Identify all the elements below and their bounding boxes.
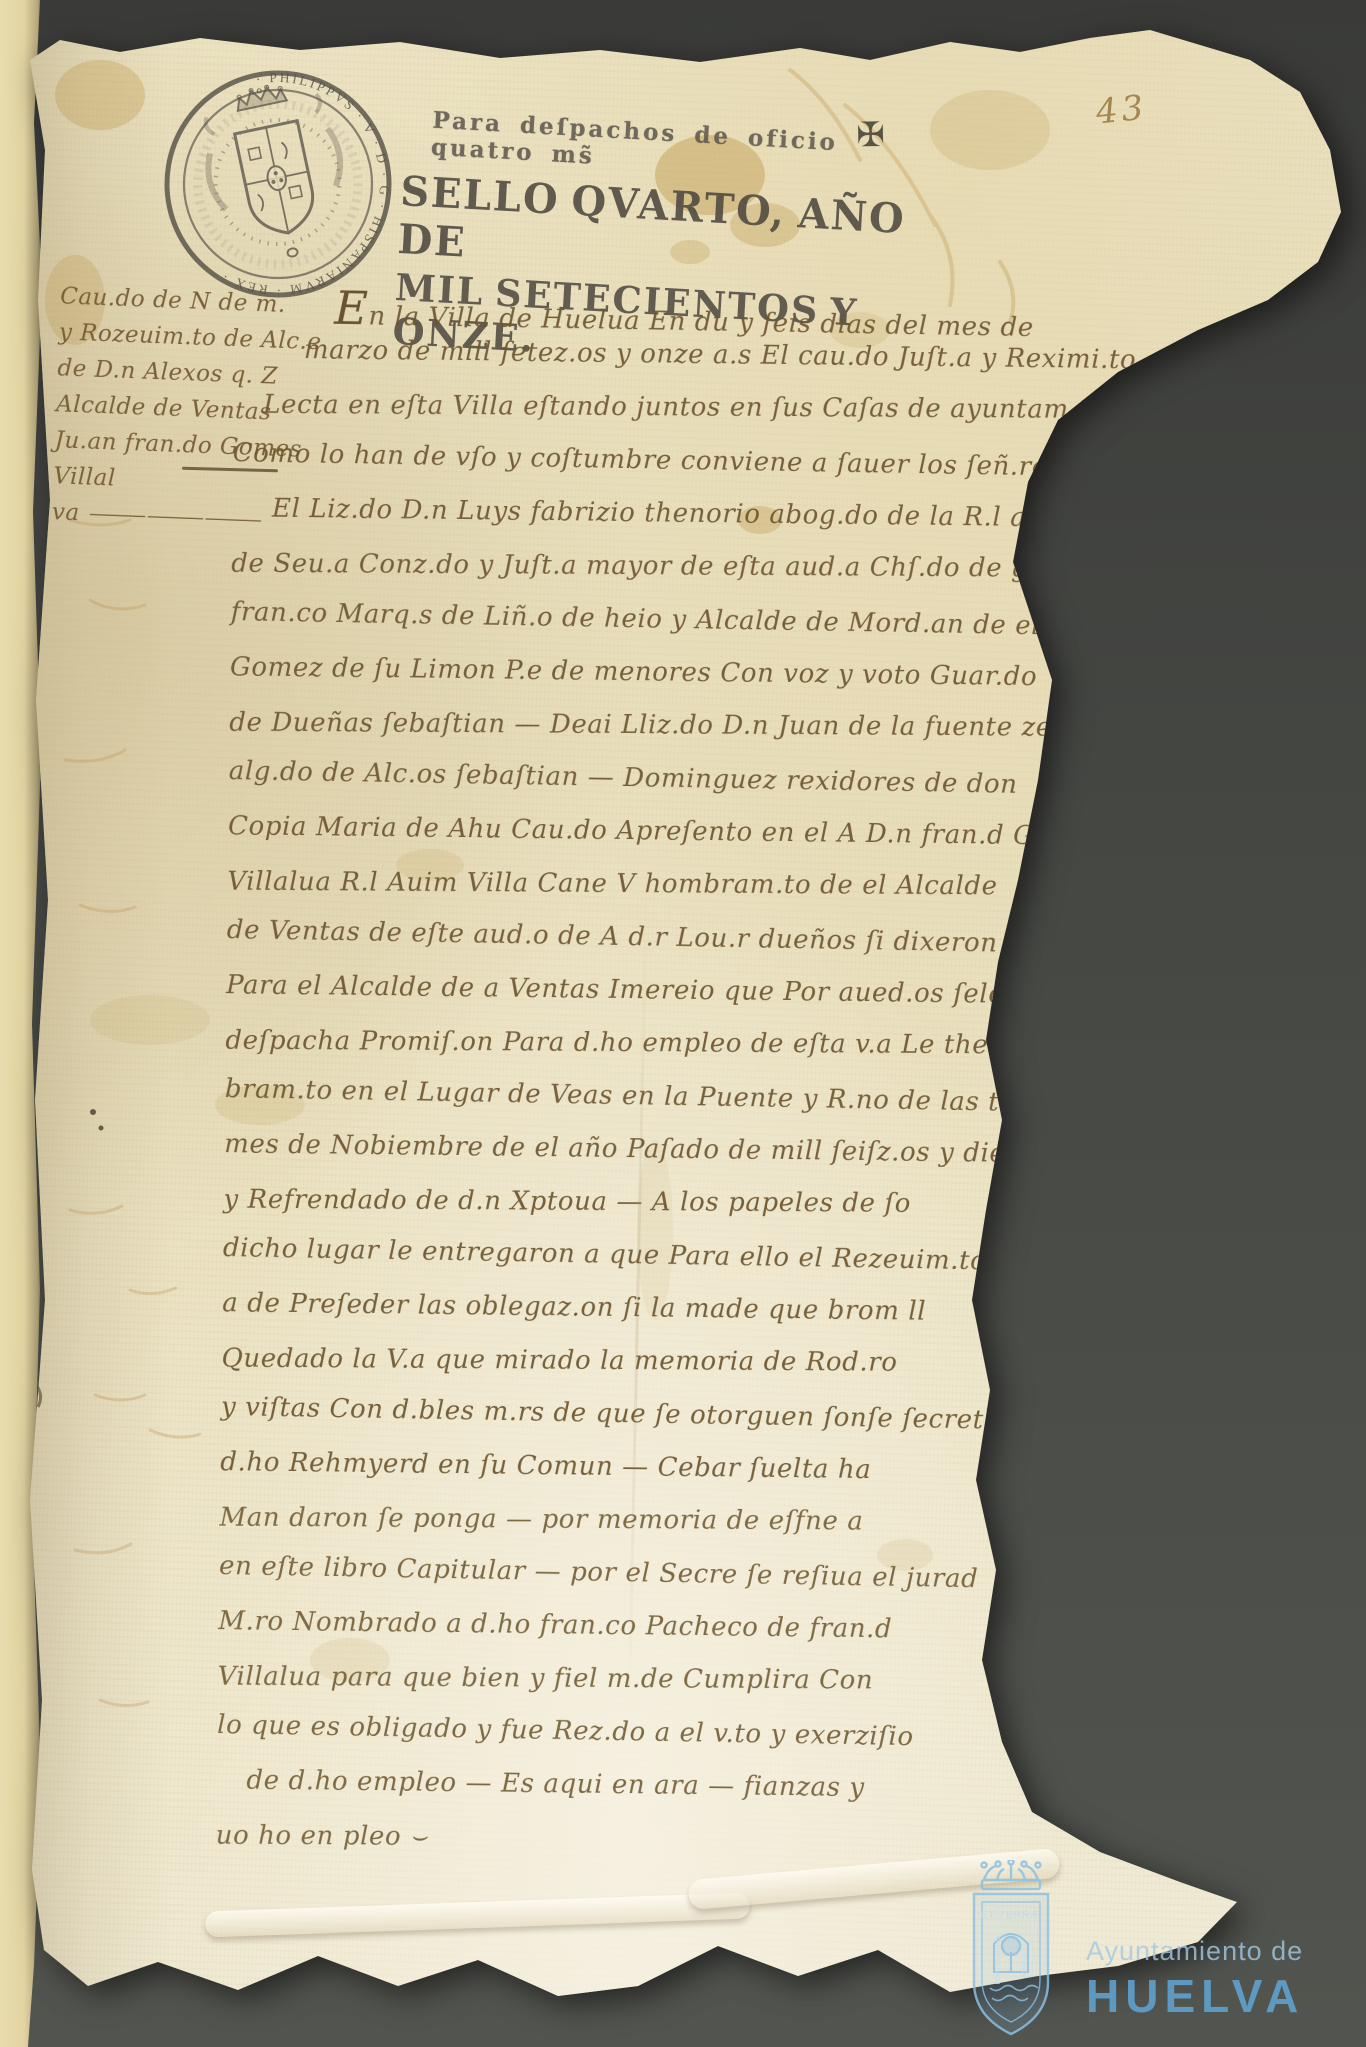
archive-scan: · PHILIPPVS · V · D · G · HISPANIARVM · … [0, 0, 1366, 2047]
manuscript-line: deſpacha Promiſ.on Para d.ho empleo de e… [225, 1026, 1025, 1084]
manuscript-body: En la Villa de Huelua En du y ſeis dias … [215, 281, 1034, 1881]
royal-seal-stamp: · PHILIPPVS · V · D · G · HISPANIARVM · … [156, 58, 400, 310]
manuscript-line: y Refrendado de d.n Xptoua — A los papel… [223, 1185, 1023, 1243]
manuscript-line: Villalua para que bien y fiel m.de Cumpl… [217, 1662, 1017, 1720]
manuscript-line: Lecta en eſta Villa eſtando juntos en ſu… [233, 390, 1033, 448]
manuscript-line: Villalua R.l Auim Villa Cane V hombram.t… [227, 867, 1027, 925]
manuscript-page: · PHILIPPVS · V · D · G · HISPANIARVM · … [0, 0, 1366, 2047]
manuscript-line: de Dueñas ſebaſtian — Deai Lliz.do D.n J… [229, 708, 1029, 766]
manuscript-line: de Seu.a Conz.do y Juſt.a mayor de eſta … [231, 549, 1031, 607]
manuscript-line: Man daron ſe ponga — por memoria de eſfn… [219, 1503, 1019, 1561]
paper-shadow-wrap: · PHILIPPVS · V · D · G · HISPANIARVM · … [0, 0, 1366, 2047]
folio-number: 43 [1094, 87, 1149, 132]
bottom-fold-highlight [205, 1892, 751, 1937]
manuscript-line: Quedado la V.a que mirado la memoria de … [221, 1344, 1021, 1402]
